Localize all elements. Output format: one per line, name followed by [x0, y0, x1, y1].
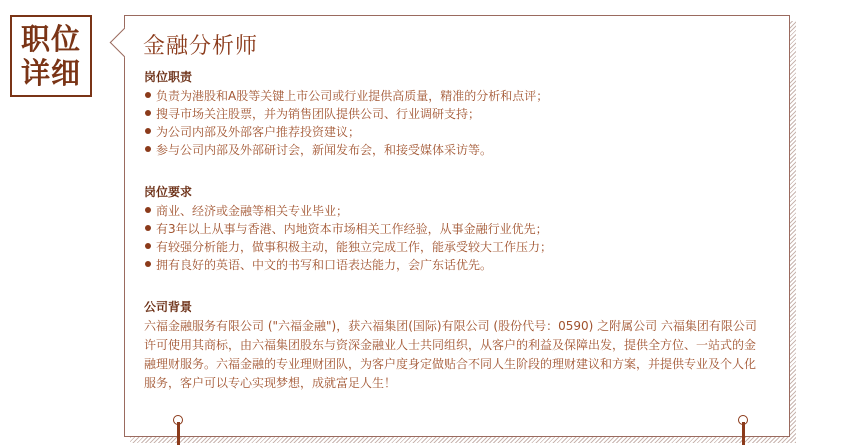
job-detail-card: 金融分析师 岗位职责 负责为港股和A股等关键上市公司或行业提供高质量，精准的分析…	[124, 15, 790, 437]
bullet-icon	[145, 110, 151, 116]
bullet-icon	[145, 92, 151, 98]
company-description: 六福金融服务有限公司 ("六福金融")，获六福集团(国际)有限公司 (股份代号：…	[144, 317, 764, 393]
requirements-section: 岗位要求 商业、经济或金融等相关专业毕业； 有3年以上从事与香港、内地资本市场相…	[144, 184, 552, 274]
badge-line-2: 详细	[21, 56, 81, 90]
bullet-icon	[145, 146, 151, 152]
bullet-icon	[145, 261, 151, 267]
list-item: 商业、经济或金融等相关专业毕业；	[144, 202, 552, 220]
responsibilities-list: 负责为港股和A股等关键上市公司或行业提供高质量，精准的分析和点评； 搜寻市场关注…	[144, 87, 548, 159]
job-details-badge: 职位 详细	[10, 15, 92, 97]
responsibilities-section: 岗位职责 负责为港股和A股等关键上市公司或行业提供高质量，精准的分析和点评； 搜…	[144, 69, 548, 159]
bullet-icon	[145, 225, 151, 231]
list-item: 搜寻市场关注股票，并为销售团队提供公司、行业调研支持；	[144, 105, 548, 123]
badge-line-1: 职位	[21, 22, 81, 56]
bullet-icon	[145, 207, 151, 213]
company-section: 公司背景 六福金融服务有限公司 ("六福金融")，获六福集团(国际)有限公司 (…	[144, 299, 764, 393]
bullet-icon	[145, 128, 151, 134]
list-item: 负责为港股和A股等关键上市公司或行业提供高质量，精准的分析和点评；	[144, 87, 548, 105]
list-item: 参与公司内部及外部研讨会，新闻发布会，和接受媒体采访等。	[144, 141, 548, 159]
company-heading: 公司背景	[144, 299, 764, 315]
list-item: 有3年以上从事与香港、内地资本市场相关工作经验，从事金融行业优先；	[144, 220, 552, 238]
job-title: 金融分析师	[143, 29, 258, 60]
list-item: 为公司内部及外部客户推荐投资建议；	[144, 123, 548, 141]
requirements-heading: 岗位要求	[144, 184, 552, 200]
list-item: 有较强分析能力，做事积极主动，能独立完成工作，能承受较大工作压力；	[144, 238, 552, 256]
hanger-pole-left	[177, 422, 180, 445]
bullet-icon	[145, 243, 151, 249]
hanger-pole-right	[742, 422, 745, 445]
responsibilities-heading: 岗位职责	[144, 69, 548, 85]
list-item: 拥有良好的英语、中文的书写和口语表达能力，会广东话优先。	[144, 256, 552, 274]
pointer-mask	[125, 28, 129, 58]
requirements-list: 商业、经济或金融等相关专业毕业； 有3年以上从事与香港、内地资本市场相关工作经验…	[144, 202, 552, 274]
